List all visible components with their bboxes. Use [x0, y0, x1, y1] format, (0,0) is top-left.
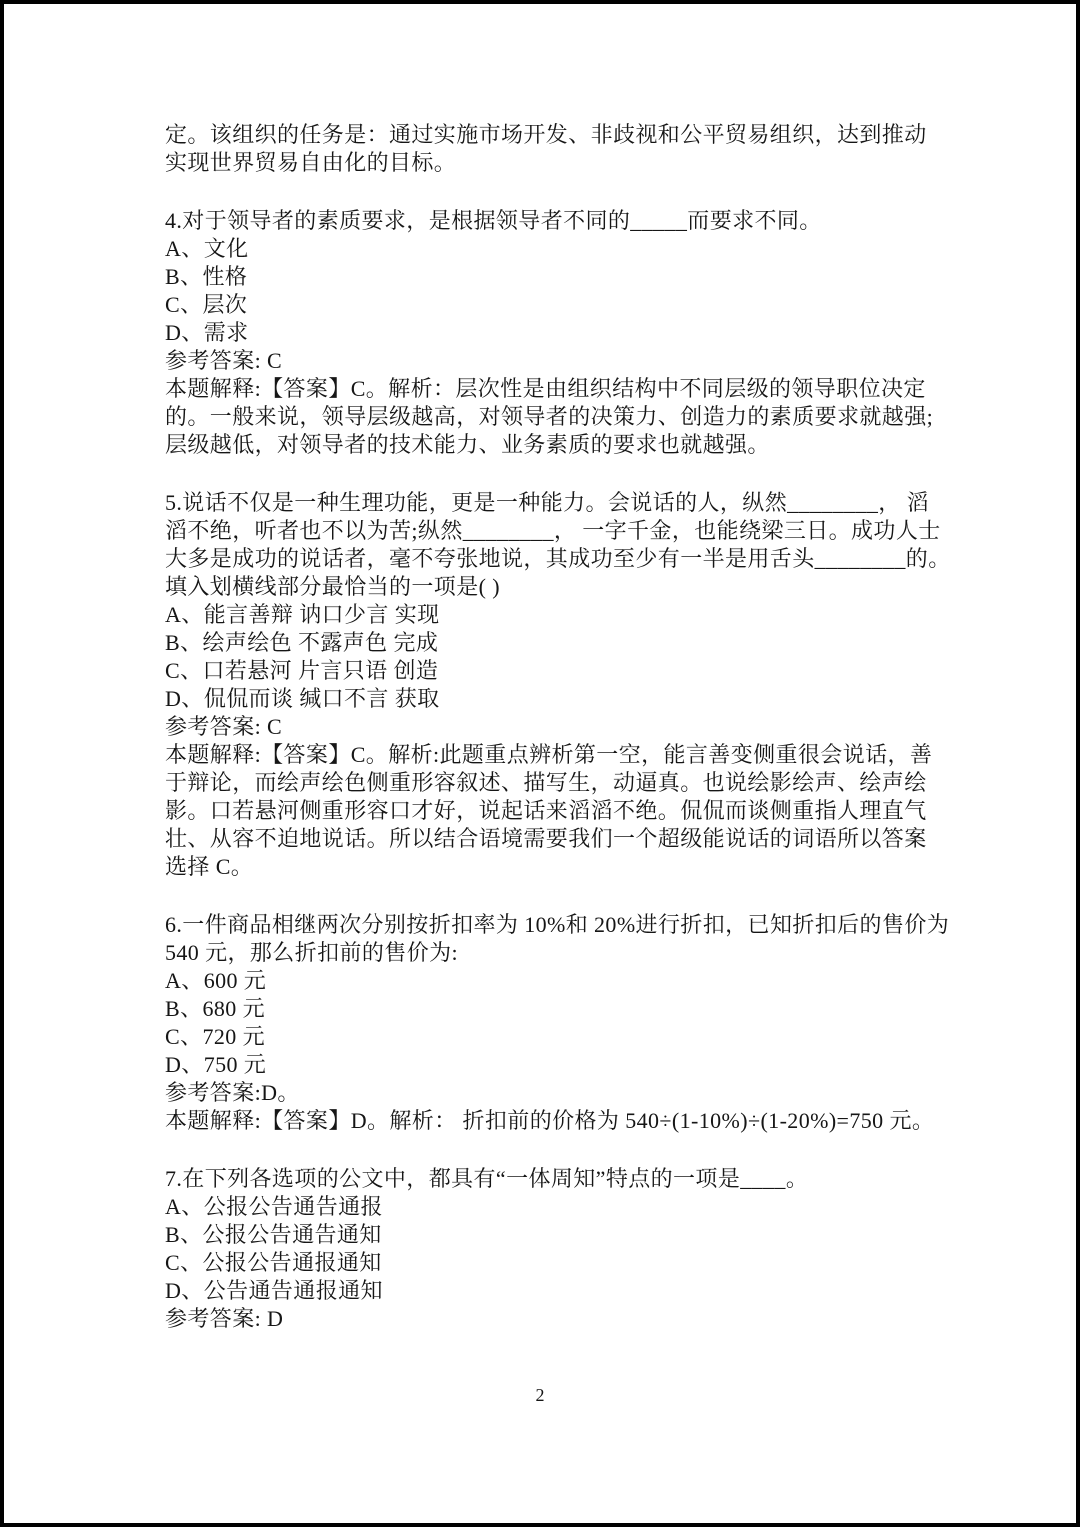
- option-d: D、公告通告通报通知: [165, 1277, 935, 1305]
- explanation-line: 壮、从容不迫地说话。所以结合语境需要我们一个超级能说话的词语所以答案: [165, 825, 935, 853]
- answer-line: 参考答案: C: [165, 713, 935, 741]
- option-c: C、口若悬河 片言只语 创造: [165, 657, 935, 685]
- paragraph-gap: [165, 459, 935, 489]
- paragraph-gap: [165, 177, 935, 207]
- explanation-line: 于辩论，而绘声绘色侧重形容叙述、描写生，动逼真。也说绘影绘声、绘声绘: [165, 769, 935, 797]
- option-a: A、公报公告通告通报: [165, 1193, 935, 1221]
- question-stem: 6.一件商品相继两次分别按折扣率为 10%和 20%进行折扣，已知折扣后的售价为: [165, 911, 935, 939]
- option-a: A、600 元: [165, 967, 935, 995]
- answer-line: 参考答案: C: [165, 347, 935, 375]
- intro-paragraph: 定。该组织的任务是：通过实施市场开发、非歧视和公平贸易组织，达到推动 实现世界贸…: [165, 121, 935, 177]
- question-stem: 大多是成功的说话者，毫不夸张地说，其成功至少有一半是用舌头________的。: [165, 545, 935, 573]
- question-stem: 滔不绝，听者也不以为苦;纵然________， 一字千金，也能绕梁三日。成功人士: [165, 517, 935, 545]
- paragraph-gap: [165, 1135, 935, 1165]
- question-stem: 5.说话不仅是一种生理功能，更是一种能力。会说话的人，纵然________， 滔: [165, 489, 935, 517]
- option-c: C、层次: [165, 291, 935, 319]
- option-d: D、需求: [165, 319, 935, 347]
- answer-line: 参考答案: D: [165, 1305, 935, 1333]
- text-line: 实现世界贸易自由化的目标。: [165, 149, 935, 177]
- option-b: B、性格: [165, 263, 935, 291]
- question-4: 4.对于领导者的素质要求，是根据领导者不同的_____而要求不同。 A、文化 B…: [165, 207, 935, 459]
- option-c: C、720 元: [165, 1023, 935, 1051]
- option-a: A、文化: [165, 235, 935, 263]
- page-number: 2: [0, 1384, 1080, 1406]
- explanation-line: 的。一般来说，领导层级越高，对领导者的决策力、创造力的素质要求就越强;: [165, 403, 935, 431]
- option-b: B、绘声绘色 不露声色 完成: [165, 629, 935, 657]
- option-d: D、750 元: [165, 1051, 935, 1079]
- question-7: 7.在下列各选项的公文中，都具有“一体周知”特点的一项是____。 A、公报公告…: [165, 1165, 935, 1333]
- answer-line: 参考答案:D。: [165, 1079, 935, 1107]
- explanation-line: 选择 C。: [165, 853, 935, 881]
- question-5: 5.说话不仅是一种生理功能，更是一种能力。会说话的人，纵然________， 滔…: [165, 489, 935, 881]
- document-page: 定。该组织的任务是：通过实施市场开发、非歧视和公平贸易组织，达到推动 实现世界贸…: [165, 121, 935, 1333]
- option-c: C、公报公告通报通知: [165, 1249, 935, 1277]
- option-d: D、侃侃而谈 缄口不言 获取: [165, 685, 935, 713]
- question-6: 6.一件商品相继两次分别按折扣率为 10%和 20%进行折扣，已知折扣后的售价为…: [165, 911, 935, 1135]
- question-stem: 填入划横线部分最恰当的一项是( ): [165, 573, 935, 601]
- explanation-line: 影。口若悬河侧重形容口才好，说起话来滔滔不绝。侃侃而谈侧重指人理直气: [165, 797, 935, 825]
- explanation-line: 本题解释:【答案】C。解析:此题重点辨析第一空，能言善变侧重很会说话，善: [165, 741, 935, 769]
- question-stem: 4.对于领导者的素质要求，是根据领导者不同的_____而要求不同。: [165, 207, 935, 235]
- text-line: 定。该组织的任务是：通过实施市场开发、非歧视和公平贸易组织，达到推动: [165, 121, 935, 149]
- option-a: A、能言善辩 讷口少言 实现: [165, 601, 935, 629]
- question-stem: 540 元，那么折扣前的售价为:: [165, 939, 935, 967]
- explanation-line: 层级越低，对领导者的技术能力、业务素质的要求也就越强。: [165, 431, 935, 459]
- option-b: B、680 元: [165, 995, 935, 1023]
- question-stem: 7.在下列各选项的公文中，都具有“一体周知”特点的一项是____。: [165, 1165, 935, 1193]
- paragraph-gap: [165, 881, 935, 911]
- explanation-line: 本题解释:【答案】C。解析：层次性是由组织结构中不同层级的领导职位决定: [165, 375, 935, 403]
- option-b: B、公报公告通告通知: [165, 1221, 935, 1249]
- explanation-line: 本题解释:【答案】D。解析： 折扣前的价格为 540÷(1-10%)÷(1-20…: [165, 1107, 935, 1135]
